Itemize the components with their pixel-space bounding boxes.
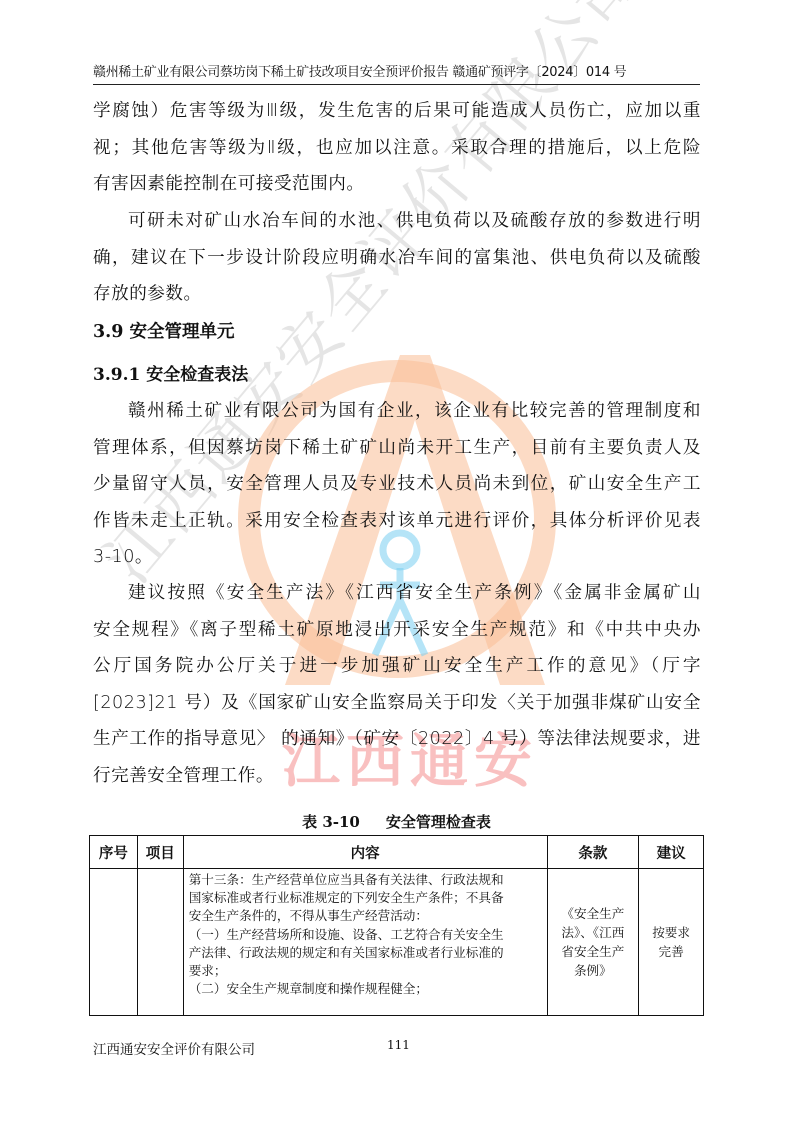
text-line: 赣州稀土矿业有限公司为国有企业，该企业有比较完善的管理制度和 xyxy=(93,393,701,430)
cell-clause: 《安全生产 法》、《江西 省安全生产 条例》 xyxy=(547,869,639,1016)
document-page: 江西通安安全评价有限公司 江西通安 赣州稀土矿业有限公司蔡坊岗下稀土矿技改项目安… xyxy=(0,0,793,1122)
table-caption: 表 3-10安全管理检查表 xyxy=(0,811,793,832)
footer-company: 江西通安安全评价有限公司 xyxy=(93,1038,255,1058)
text-line: 视；其他危害等级为Ⅱ级，也应加以注意。采取合理的措施后，以上危险 xyxy=(93,130,701,167)
text-line: 有害因素能控制在可接受范围内。 xyxy=(93,166,701,203)
text-line: [2023]21 号）及《国家矿山安全监察局关于印发〈关于加强非煤矿山安全 xyxy=(93,685,701,722)
paragraph-feasibility-note: 可研未对矿山水冶车间的水池、供电负荷以及硫酸存放的参数进行明 确，建议在下一步设… xyxy=(93,203,701,313)
subsection-heading: 3.9.1 安全检查表法 xyxy=(93,362,248,388)
clause-line: 法》、《江西 xyxy=(548,923,639,942)
text-line: 3-10。 xyxy=(93,539,701,576)
text-line: 确，建议在下一步设计阶段应明确水冶车间的富集池、供电负荷以及硫酸 xyxy=(93,240,701,277)
text-line: 安全规程》《离子型稀土矿原地浸出开采安全生产规范》和《中共中央办 xyxy=(93,612,701,649)
text-line: 少量留守人员，安全管理人员及专业技术人员尚未到位，矿山安全生产工 xyxy=(93,466,701,503)
paragraph-hazard-levels: 学腐蚀）危害等级为Ⅲ级，发生危害的后果可能造成人员伤亡，应加以重 视；其他危害等… xyxy=(93,93,701,203)
text-line: 可研未对矿山水冶车间的水池、供电负荷以及硫酸存放的参数进行明 xyxy=(93,203,701,240)
running-header: 赣州稀土矿业有限公司蔡坊岗下稀土矿技改项目安全预评价报告 赣通矿预评字〔2024… xyxy=(93,62,698,84)
page-number: 111 xyxy=(387,1038,410,1052)
column-header-index: 序号 xyxy=(90,836,138,869)
column-header-clause: 条款 xyxy=(547,836,639,869)
advice-line: 按要求 xyxy=(639,923,703,942)
clause-line: 条例》 xyxy=(548,961,639,980)
column-header-content: 内容 xyxy=(183,836,547,869)
table-header-row: 序号 项目 内容 条款 建议 xyxy=(90,836,704,869)
paragraph-recommendation: 建议按照《安全生产法》《江西省安全生产条例》《金属非金属矿山 安全规程》《离子型… xyxy=(93,575,701,795)
content-line: （二）安全生产规章制度和操作规程健全； xyxy=(189,980,543,998)
text-line: 行完善安全管理工作。 xyxy=(93,758,701,795)
text-line: 管理体系，但因蔡坊岗下稀土矿矿山尚未开工生产，目前有主要负责人及 xyxy=(93,430,701,467)
text-line: 建议按照《安全生产法》《江西省安全生产条例》《金属非金属矿山 xyxy=(93,575,701,612)
cell-item xyxy=(137,869,183,1016)
table-row: 第十三条：生产经营单位应当具备有关法律、行政法规和 国家标准或者行业标准规定的下… xyxy=(90,869,704,1016)
paragraph-management-status: 赣州稀土矿业有限公司为国有企业，该企业有比较完善的管理制度和 管理体系，但因蔡坊… xyxy=(93,393,701,576)
content-line: 要求； xyxy=(189,962,543,980)
content-line: 国家标准或者行业标准规定的下列安全生产条件；不具备 xyxy=(189,889,543,907)
content-line: 第十三条：生产经营单位应当具备有关法律、行政法规和 xyxy=(189,871,543,889)
cell-index xyxy=(90,869,138,1016)
advice-line: 完善 xyxy=(639,942,703,961)
text-line: 作皆未走上正轨。采用安全检查表对该单元进行评价，具体分析评价见表 xyxy=(93,503,701,540)
column-header-item: 项目 xyxy=(137,836,183,869)
table-caption-title: 安全管理检查表 xyxy=(386,813,491,831)
safety-management-checklist-table: 序号 项目 内容 条款 建议 第十三条：生产经营单位应当具备有关法律、行政法规和… xyxy=(89,835,704,1016)
text-line: 生产工作的指导意见〉 的通知》（矿安〔2022〕4 号）等法律法规要求，进 xyxy=(93,721,701,758)
content-line: 产法律、行政法规的规定和有关国家标准或者行业标准的 xyxy=(189,944,543,962)
header-rule xyxy=(93,84,700,85)
cell-content: 第十三条：生产经营单位应当具备有关法律、行政法规和 国家标准或者行业标准规定的下… xyxy=(183,869,547,1016)
column-header-advice: 建议 xyxy=(639,836,704,869)
content-line: （一）生产经营场所和设施、设备、工艺符合有关安全生 xyxy=(189,926,543,944)
table-caption-number: 表 3-10 xyxy=(302,813,360,831)
clause-line: 省安全生产 xyxy=(548,942,639,961)
section-heading: 3.9 安全管理单元 xyxy=(93,319,235,345)
text-line: 公厅国务院办公厅关于进一步加强矿山安全生产工作的意见》（厅字 xyxy=(93,648,701,685)
text-line: 存放的参数。 xyxy=(93,276,701,313)
clause-line: 《安全生产 xyxy=(548,904,639,923)
content-line: 安全生产条件的，不得从事生产经营活动： xyxy=(189,907,543,925)
text-line: 学腐蚀）危害等级为Ⅲ级，发生危害的后果可能造成人员伤亡，应加以重 xyxy=(93,93,701,130)
cell-advice: 按要求 完善 xyxy=(639,869,704,1016)
